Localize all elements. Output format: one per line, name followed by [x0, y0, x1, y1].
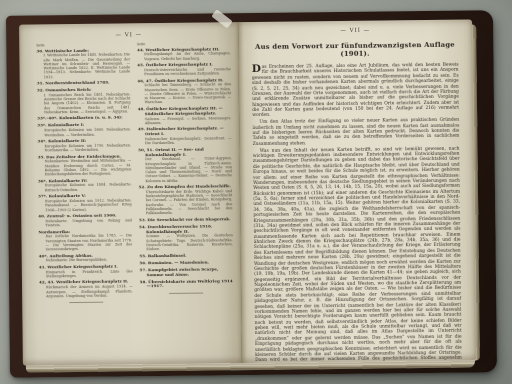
toc-column-1: Seite 30. Wettinische Lande:I. Wettinisc… [36, 42, 133, 303]
toc-entry-description: Der Suezkanal. — Unter-Ägypten. Kriegssc… [138, 157, 232, 184]
toc-entry: 45. Östlicher Kriegsschauplatz I.Deutsch… [137, 62, 231, 76]
toc-entry: 31. Nordwestdeutschland 1789. [37, 80, 131, 86]
toc-entry-number: 45. [137, 62, 146, 67]
open-spread: — VI — Seite 30. Wettinische Lande:I. We… [19, 19, 476, 365]
toc-entry-number: 53. [139, 217, 148, 222]
toc-entry: 58. Übersichtskarte zum Weltkrieg 1914—1… [140, 279, 234, 290]
preface-body: Das Erscheinen der 25. Auflage, also ein… [252, 63, 462, 363]
toc-entry: 53. Die Seeschlacht vor dem Skagerrak. [139, 217, 233, 223]
toc-entry-description: Italienischer Kriegsschauplatz: Isonzofr… [138, 136, 232, 146]
toc-entry: 32. Osmanisches Reich:I. Osmanisches Rei… [37, 87, 131, 114]
toc-entry-number: 41. [39, 264, 48, 269]
toc-entry: 57. Kampfgebiet zwischen Scarpe, Somme u… [139, 267, 233, 278]
toc-entry-number: 36*. [38, 178, 49, 183]
toc-entry-title: 53. Die Seeschlacht vor dem Skagerrak. [139, 217, 233, 223]
toc-entry-title: 57. Kampfgebiet zwischen Scarpe, Somme u… [139, 267, 233, 278]
toc-entry-description: Somme. — Wolhynien. Die deutschen Schutz… [139, 234, 233, 252]
toc-entry-number: 31. [37, 80, 46, 85]
toc-entry-number: 40. [38, 213, 47, 218]
toc-column-2: Seite 44. Westlicher Kriegsschauplatz II… [137, 41, 234, 302]
toc-entry-description: Deutsch-österreichische und russische Fr… [137, 67, 231, 77]
toc-entry: 34*. Kolonialkarte II:Europäische Koloni… [37, 138, 131, 152]
toc-entry-description: Nebenkarten: Westindien und Mittelamerik… [38, 159, 132, 177]
toc-entry-number: 32. [37, 87, 46, 92]
toc-entry: 41. Westlicher Kriegsschauplatz I.Einmar… [39, 264, 133, 278]
toc-entry-number: 35. [38, 154, 47, 159]
table-of-contents: Seite 30. Wettinische Lande:I. Wettinisc… [19, 37, 241, 304]
toc-entry-description: Einmarsch in Frankreich. Linie des Stell… [39, 269, 133, 279]
toc-entry-title: 55. Balkanhalbinsel. [139, 253, 233, 259]
toc-entry: 48. Östlicher Kriegsschauplatz III. — Sü… [138, 106, 232, 125]
toc-entry-title: 58. Übersichtskarte zum Weltkrieg 1914—1… [140, 279, 234, 290]
toc-entry-number: 46, 47. [137, 78, 154, 83]
toc-entry: Nordamerika:Das östliche Nordamerika bis… [38, 229, 132, 252]
toc-entry: 35. Das Zeitalter der Entdeckungen.Neben… [38, 154, 132, 177]
toc-entry-number: 44. [137, 47, 146, 52]
toc-entry-title: 33*.–40*. Kolonialkarten (s. u. S. 34): [37, 116, 131, 122]
toc-entry-description: Übersichtskarte der Erde: Wichtige Kabel… [139, 189, 233, 216]
drop-cap: D [252, 65, 262, 74]
toc-entry: 30. Wettinische Lande:I. Wettinische Lan… [36, 48, 130, 79]
preface-paragraph: Was nun den Inhalt der neuen Karten betr… [253, 146, 462, 363]
toc-entry-description: I. Wettinische Lande bis 1485. Nebenkart… [36, 53, 130, 80]
photo-background: — VI — Seite 30. Wettinische Lande:I. We… [0, 0, 512, 384]
toc-entry-number: 55. [139, 253, 148, 258]
toc-entry: 56. Rumänien. — Mazedonien. [139, 260, 233, 266]
toc-entry-description: I. Osmanisches Reich bis 1481. Nebenkart… [37, 92, 131, 114]
preface-paragraph: Das Erscheinen der 25. Auflage, also ein… [252, 63, 459, 119]
book: — VI — Seite 30. Wettinische Lande:I. We… [6, 10, 497, 378]
toc-entry-description: Europäische Kolonien um 1912. Nebenkarte… [38, 198, 132, 212]
preface-title: Aus dem Vorwort zur fünfundzwanzigsten A… [252, 41, 459, 59]
toc-entry: 44. Westlicher Kriegsschauplatz III.Stel… [137, 47, 231, 61]
left-page: — VI — Seite 30. Wettinische Lande:I. We… [19, 22, 242, 365]
toc-entry-title: 56. Rumänien. — Mazedonien. [139, 260, 233, 266]
toc-entry-description: Stellungskampf: An der Aisne, Champagne,… [137, 52, 231, 62]
toc-entry-number: 34*. [37, 138, 48, 143]
toc-entry-description: Nebenkarte: Die Burenrepubliken. [39, 258, 133, 263]
toc-entry: 50, 51. Orient II. — See- und Kolonialkä… [138, 147, 232, 183]
toc-entry-description: Nebenkarte: Umgebung von Peking und Tien… [38, 218, 132, 228]
toc-entry-description: Das östliche Nordamerika bis 1783. — Die… [38, 234, 132, 252]
toc-entry-number: 52. [139, 184, 148, 189]
toc-entry: 42, 43. Westlicher Kriegsschauplatz II.R… [39, 280, 133, 299]
toc-entry: 46, 47. Östlicher Kriegsschauplatz II.Sc… [137, 78, 231, 105]
toc-entry-number: 33*. [37, 123, 48, 128]
toc-entry: 49. Italienischer Kriegsschauplatz. — Or… [138, 127, 232, 146]
toc-entry-number: 30. [36, 48, 45, 53]
right-page: — VII — Aus dem Vorwort zur fünfundzwanz… [238, 19, 476, 363]
toc-entry: 33*.–40*. Kolonialkarten (s. u. S. 34): [37, 116, 131, 122]
preface: Aus dem Vorwort zur fünfundzwanzigsten A… [238, 32, 475, 363]
toc-entry: 55. Balkanhalbinsel. [139, 253, 233, 259]
toc-entry-number: 37*. [38, 194, 49, 199]
column-end-rule [69, 302, 103, 303]
toc-entry: 33*. Kolonialkarte I:Europäische Kolonie… [37, 123, 131, 137]
toc-entry-description: Europäische Kolonien um 1884. Nebenkarte… [38, 183, 132, 193]
toc-entry: 40. Zentral- u. Ostasien seit 1900.Neben… [38, 213, 132, 227]
toc-entry-description: Galizien. — Przemysl. — Serbien. Montene… [138, 116, 232, 126]
toc-entry-number: 56. [139, 260, 148, 265]
toc-entry-description: Schlacht bei Tannenberg. — Schlacht an d… [137, 83, 231, 105]
toc-entry: 54. Durchbruchsversuche 1916. Kolonialkä… [139, 224, 233, 252]
toc-entry: 40*. Aufteilung Afrikas.Nebenkarte: Die … [39, 253, 133, 263]
toc-entry-number: 42, 43. [39, 280, 56, 285]
toc-entry-description: Europäische Kolonien um 1790. Nebenkarte… [37, 143, 131, 153]
toc-entry-title: 31. Nordwestdeutschland 1789. [37, 80, 131, 86]
column-end-rule [170, 293, 204, 294]
toc-entry-description: Europäische Kolonien um 1660. Nebenkarte… [37, 128, 131, 138]
toc-entry: 52. Zu den Kämpfen der Handelsschiffe.Üb… [139, 184, 233, 215]
toc-entry-description: Rückmarsch der Armeen im August 1914. — … [39, 285, 133, 299]
toc-entry-number: 33*.–40*. [37, 116, 59, 121]
toc-entry-number: 40*. [39, 253, 50, 258]
toc-entry: 36*. Kolonialkarte IV:Europäische Koloni… [38, 178, 132, 192]
preface-paragraph: Um den Atlas trotz der Einfügung so viel… [252, 118, 459, 147]
toc-entry: 37*. Kolonialkarte V:Europäische Kolonie… [38, 194, 132, 213]
